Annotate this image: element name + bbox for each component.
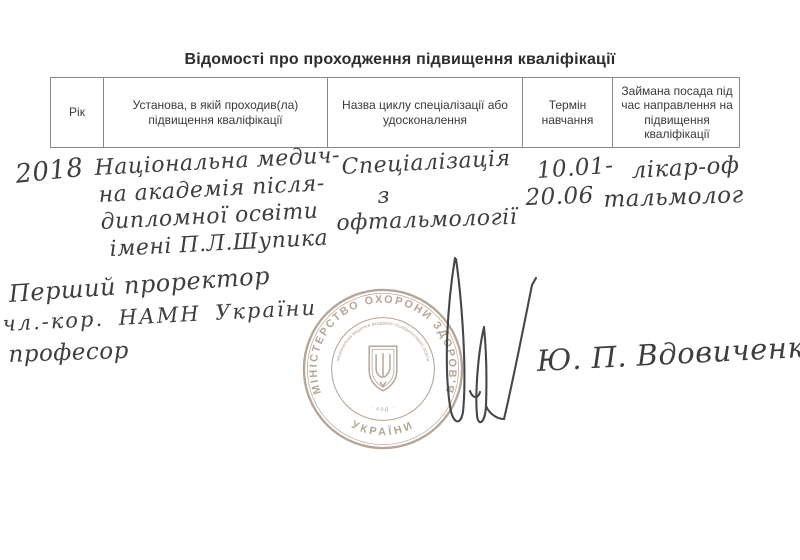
entry-term-line-2: 20.06 <box>525 183 594 211</box>
official-title-line-3: професор <box>8 338 129 368</box>
header-cell-position: Займана посада під час направлення на пі… <box>613 78 741 147</box>
trident-icon <box>369 346 397 390</box>
header-cell-cycle: Назва циклу спеціалізації або удосконале… <box>328 78 523 147</box>
entry-position-line-1: лікар-оф <box>631 152 740 184</box>
entry-term-line-1: 10.01- <box>536 153 614 184</box>
stamp-ring-text-bottom: УКРАЇНИ <box>349 419 416 438</box>
header-cell-year: Рік <box>51 78 104 147</box>
qualification-table: Рік Установа, в якій проходив(ла) підвищ… <box>50 77 740 148</box>
scanned-qualification-form: Відомості про проходження підвищення ква… <box>0 0 800 560</box>
entry-cycle-line-2: з <box>377 184 390 209</box>
form-title: Відомості про проходження підвищення ква… <box>0 51 800 69</box>
entry-position-line-2: тальмолог <box>603 182 744 213</box>
svg-text:УКРАЇНИ: УКРАЇНИ <box>349 419 416 438</box>
entry-year: 2018 <box>14 153 85 190</box>
signer-name: Ю. П. Вдовиченко <box>536 329 800 378</box>
header-cell-institution: Установа, в якій проходив(ла) підвищення… <box>104 78 328 147</box>
entry-cycle-line-1: Спеціалізація <box>341 146 511 180</box>
svg-text:· код ·: · код · <box>369 405 397 413</box>
entry-cycle-line-3: офтальмології <box>336 205 518 236</box>
signature-flourish <box>430 245 560 440</box>
stamp-code-text: · код · <box>369 405 397 413</box>
header-cell-term: Термін навчання <box>523 78 613 147</box>
